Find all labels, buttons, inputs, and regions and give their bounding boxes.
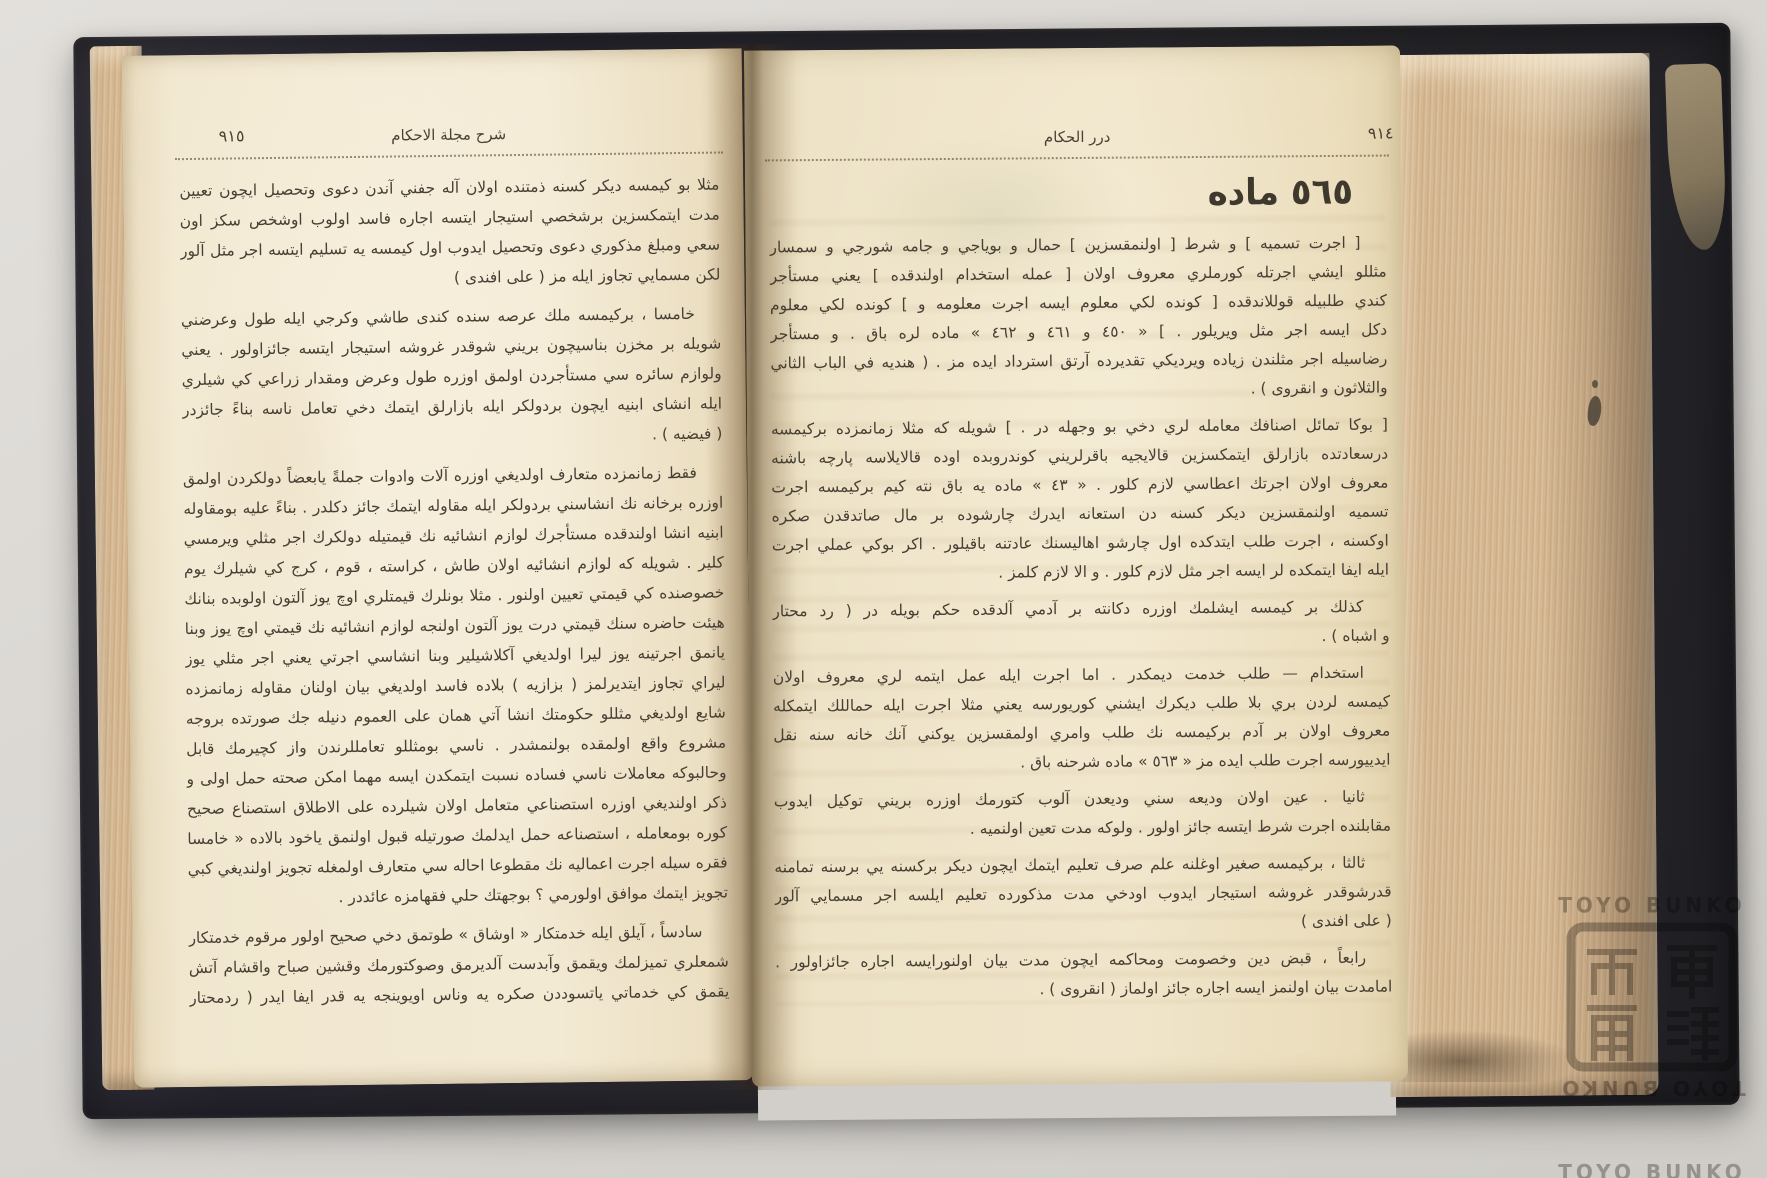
- header-dotted-rule: [765, 155, 1389, 162]
- right-page-number: ٩١٤: [1368, 123, 1394, 142]
- text-line: كذلك بر كيمسه ايشلمك اوزره دكانته بر آدم…: [772, 593, 1389, 627]
- text-line: امامدت بيان اولنمز ايسه اجاره جائز اولما…: [775, 973, 1392, 1007]
- book-photograph: ٩١٥ شرح مجلة الاحكام مثلا بو كيمسه ديكر …: [0, 0, 1767, 1178]
- toyo-bunko-watermark-partial: TOYO BUNKO: [1552, 1160, 1752, 1178]
- right-page-header: درر الحكام ٩١٤: [769, 126, 1386, 155]
- edge-smudge: [1398, 1030, 1578, 1082]
- left-page: ٩١٥ شرح مجلة الاحكام مثلا بو كيمسه ديكر …: [122, 48, 755, 1087]
- text-line: ( على افندى ): [775, 907, 1392, 941]
- article-565-heading: ٥٦٥ ماده: [745, 165, 1353, 223]
- right-page: درر الحكام ٩١٤ ٥٦٥ ماده [ اجرت تسميه ] و…: [744, 45, 1408, 1086]
- left-running-title: شرح مجلة الاحكام: [391, 125, 506, 144]
- right-page-text: [ اجرت تسميه ] و شرط [ اولنمقسزين ] حمال…: [769, 229, 1392, 1007]
- paragraph: [ اجرت تسميه ] و شرط [ اولنمقسزين ] حمال…: [769, 229, 1387, 408]
- text-line: يقمق كي خدماتي ياتسوددن صكره يه وناس اوي…: [189, 976, 729, 1013]
- right-running-title: درر الحكام: [1044, 128, 1111, 147]
- text-line: ايله ايفا ايتمكده لر ايسه اجر مثل لازم ك…: [772, 556, 1389, 590]
- ink-stain-dot: [1592, 380, 1598, 388]
- paragraph: رابعاً ، قبض دين وخصومت ومحاكمه ايچون مد…: [775, 944, 1392, 1007]
- paragraph: [ بوكا تمائل اصنافك معامله لري دخي بو وج…: [771, 411, 1389, 590]
- header-dotted-rule: [175, 151, 723, 160]
- text-line: مقابلنده اجرت شرط ايتسه جائز اولور . ولو…: [774, 812, 1391, 846]
- text-line: والثلاثون و انقروى ) .: [771, 374, 1388, 408]
- left-page-number: ٩١٥: [219, 126, 245, 145]
- left-page-text: مثلا بو كيمسه ديكر كسنه ذمتنده اولان آله…: [179, 170, 729, 1014]
- paragraph: سادساً ، آيلق ايله خدمتكار « اوشاق » طوت…: [188, 916, 729, 1013]
- paragraph: ثانيا . عين اولان وديعه سني وديعدن آلوب …: [774, 783, 1391, 846]
- text-line: قدرشوقدر غروشه استيجار ايدوب اودخي مدت م…: [774, 878, 1391, 912]
- watermark-text-top: TOYO BUNKO: [1552, 1159, 1752, 1178]
- paragraph: مثلا بو كيمسه ديكر كسنه ذمتنده اولان آله…: [179, 170, 720, 297]
- text-line: ايدييورسه اجرت طلب ايده مز « ٥٦٣ » ماده …: [773, 746, 1390, 780]
- paragraph: استخدام — طلب خدمت ديمكدر . اما اجرت ايل…: [773, 659, 1391, 780]
- fore-edge-page-stack: [1381, 53, 1658, 1097]
- paragraph: خامسا ، بركيمسه ملك عرصه سنده كندى طاشي …: [181, 299, 723, 456]
- paragraph: كذلك بر كيمسه ايشلمك اوزره دكانته بر آدم…: [772, 593, 1389, 656]
- text-line: و اشباه ) .: [772, 622, 1389, 656]
- left-page-header: ٩١٥ شرح مجلة الاحكام: [179, 123, 719, 154]
- paragraph: فقط زمانمزده متعارف اولديغي اوزره آلات و…: [183, 458, 728, 915]
- paragraph: ثالثا ، بركيمسه صغير اوغلنه علم صرف تعلي…: [774, 849, 1392, 941]
